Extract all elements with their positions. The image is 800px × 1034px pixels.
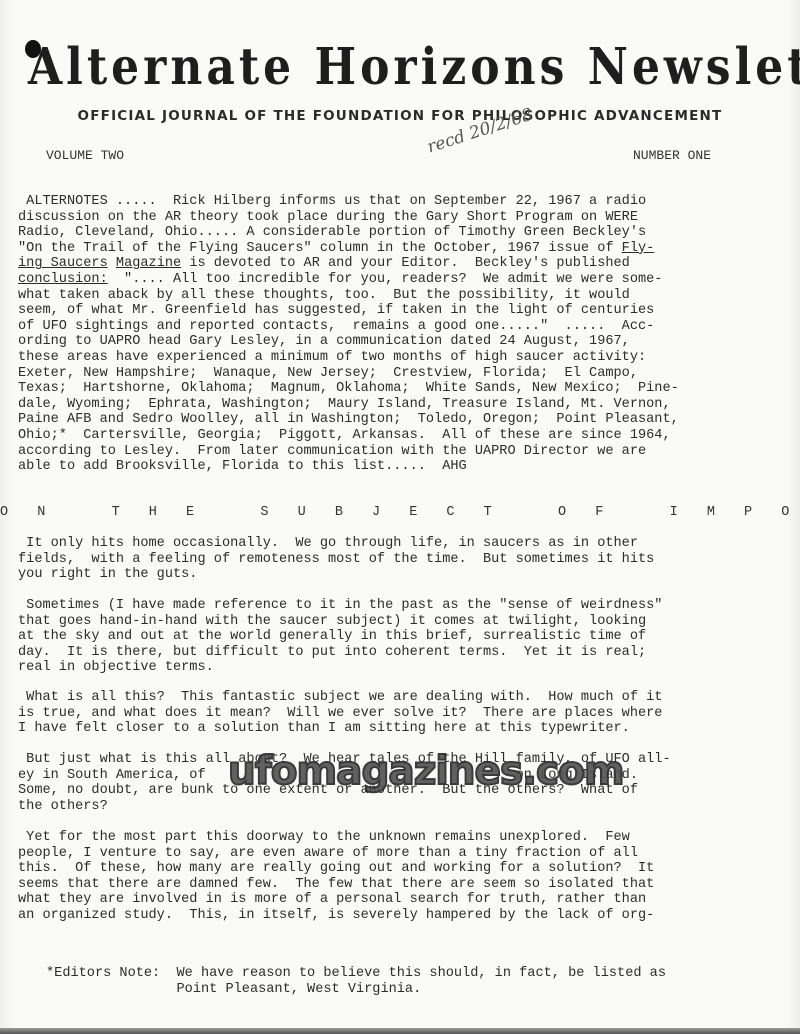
article-paragraph: What is all this? This fantastic subject… (18, 690, 793, 737)
text-line: Sometimes (I have made reference to it i… (18, 598, 793, 614)
text-line: people, I venture to say, are even aware… (18, 846, 793, 862)
text-line: seems that there are damned few. The few… (18, 877, 793, 893)
text-line: Exeter, New Hampshire; Wanaque, New Jers… (18, 366, 793, 382)
page-bottom-edge (0, 1028, 800, 1034)
text-line: fields, with a feeling of remoteness mos… (18, 552, 793, 568)
text-line: Radio, Cleveland, Ohio..... A considerab… (18, 225, 793, 241)
text-line: conclusion: ".... All too incredible for… (18, 272, 793, 288)
text-line: day. It is there, but difficult to put i… (18, 645, 793, 661)
text-line: Point Pleasant, West Virginia. (46, 982, 666, 998)
text-line: Ohio;* Cartersville, Georgia; Piggott, A… (18, 428, 793, 444)
text-line: ording to UAPRO head Gary Lesley, in a c… (18, 334, 793, 350)
text-line: seem, of what Mr. Greenfield has suggest… (18, 303, 793, 319)
text-line: real in objective terms. (18, 660, 793, 676)
text-line: an organized study. This, in itself, is … (18, 908, 793, 924)
text-line: that goes hand-in-hand with the saucer s… (18, 614, 793, 630)
text-line: at the sky and out at the world generall… (18, 629, 793, 645)
alternotes-section: ALTERNOTES ..... Rick Hilberg informs us… (18, 194, 793, 475)
text-line: the others? (18, 799, 793, 815)
text-line: of UFO sightings and reported contacts, … (18, 319, 793, 335)
masthead-title: Alternate Horizons Newsletter (28, 38, 768, 97)
text-line: It only hits home occasionally. We go th… (18, 536, 793, 552)
masthead-subtitle: OFFICIAL JOURNAL OF THE FOUNDATION FOR P… (0, 108, 800, 124)
text-line: according to Lesley. From later communic… (18, 444, 793, 460)
editors-footnote: *Editors Note: We have reason to believe… (46, 966, 666, 997)
text-line: ALTERNOTES ..... Rick Hilberg informs us… (18, 194, 793, 210)
text-line: "On the Trail of the Flying Saucers" col… (18, 241, 793, 257)
text-line: what they are involved in is more of a p… (18, 892, 793, 908)
text-line: I have felt closer to a solution than I … (18, 721, 793, 737)
text-line: this. Of these, how many are really goin… (18, 861, 793, 877)
text-line: dale, Wyoming; Ephrata, Washington; Maur… (18, 397, 793, 413)
text-line: Paine AFB and Sedro Woolley, all in Wash… (18, 412, 793, 428)
text-line: these areas have experienced a minimum o… (18, 350, 793, 366)
text-line: What is all this? This fantastic subject… (18, 690, 793, 706)
text-line: discussion on the AR theory took place d… (18, 210, 793, 226)
volume-label: VOLUME TWO (46, 148, 124, 163)
article-title: O N T H E S U B J E C T O F I M P O R T … (0, 505, 800, 520)
text-line: ing Saucers Magazine is devoted to AR an… (18, 256, 793, 272)
text-line: Texas; Hartshorne, Oklahoma; Magnum, Okl… (18, 381, 793, 397)
article-paragraph: Sometimes (I have made reference to it i… (18, 598, 793, 676)
newsletter-page: Alternate Horizons Newsletter OFFICIAL J… (0, 0, 800, 1034)
watermark: ufomagazines.com (228, 749, 624, 794)
text-line: what taken aback by all these thoughts, … (18, 288, 793, 304)
text-line: Yet for the most part this doorway to th… (18, 830, 793, 846)
article-paragraph: Yet for the most part this doorway to th… (18, 830, 793, 924)
text-line: you right in the guts. (18, 567, 793, 583)
text-line: able to add Brooksville, Florida to this… (18, 459, 793, 475)
text-line: is true, and what does it mean? Will we … (18, 706, 793, 722)
issue-number-label: NUMBER ONE (633, 148, 711, 163)
article-paragraph: It only hits home occasionally. We go th… (18, 536, 793, 583)
text-line: *Editors Note: We have reason to believe… (46, 966, 666, 982)
